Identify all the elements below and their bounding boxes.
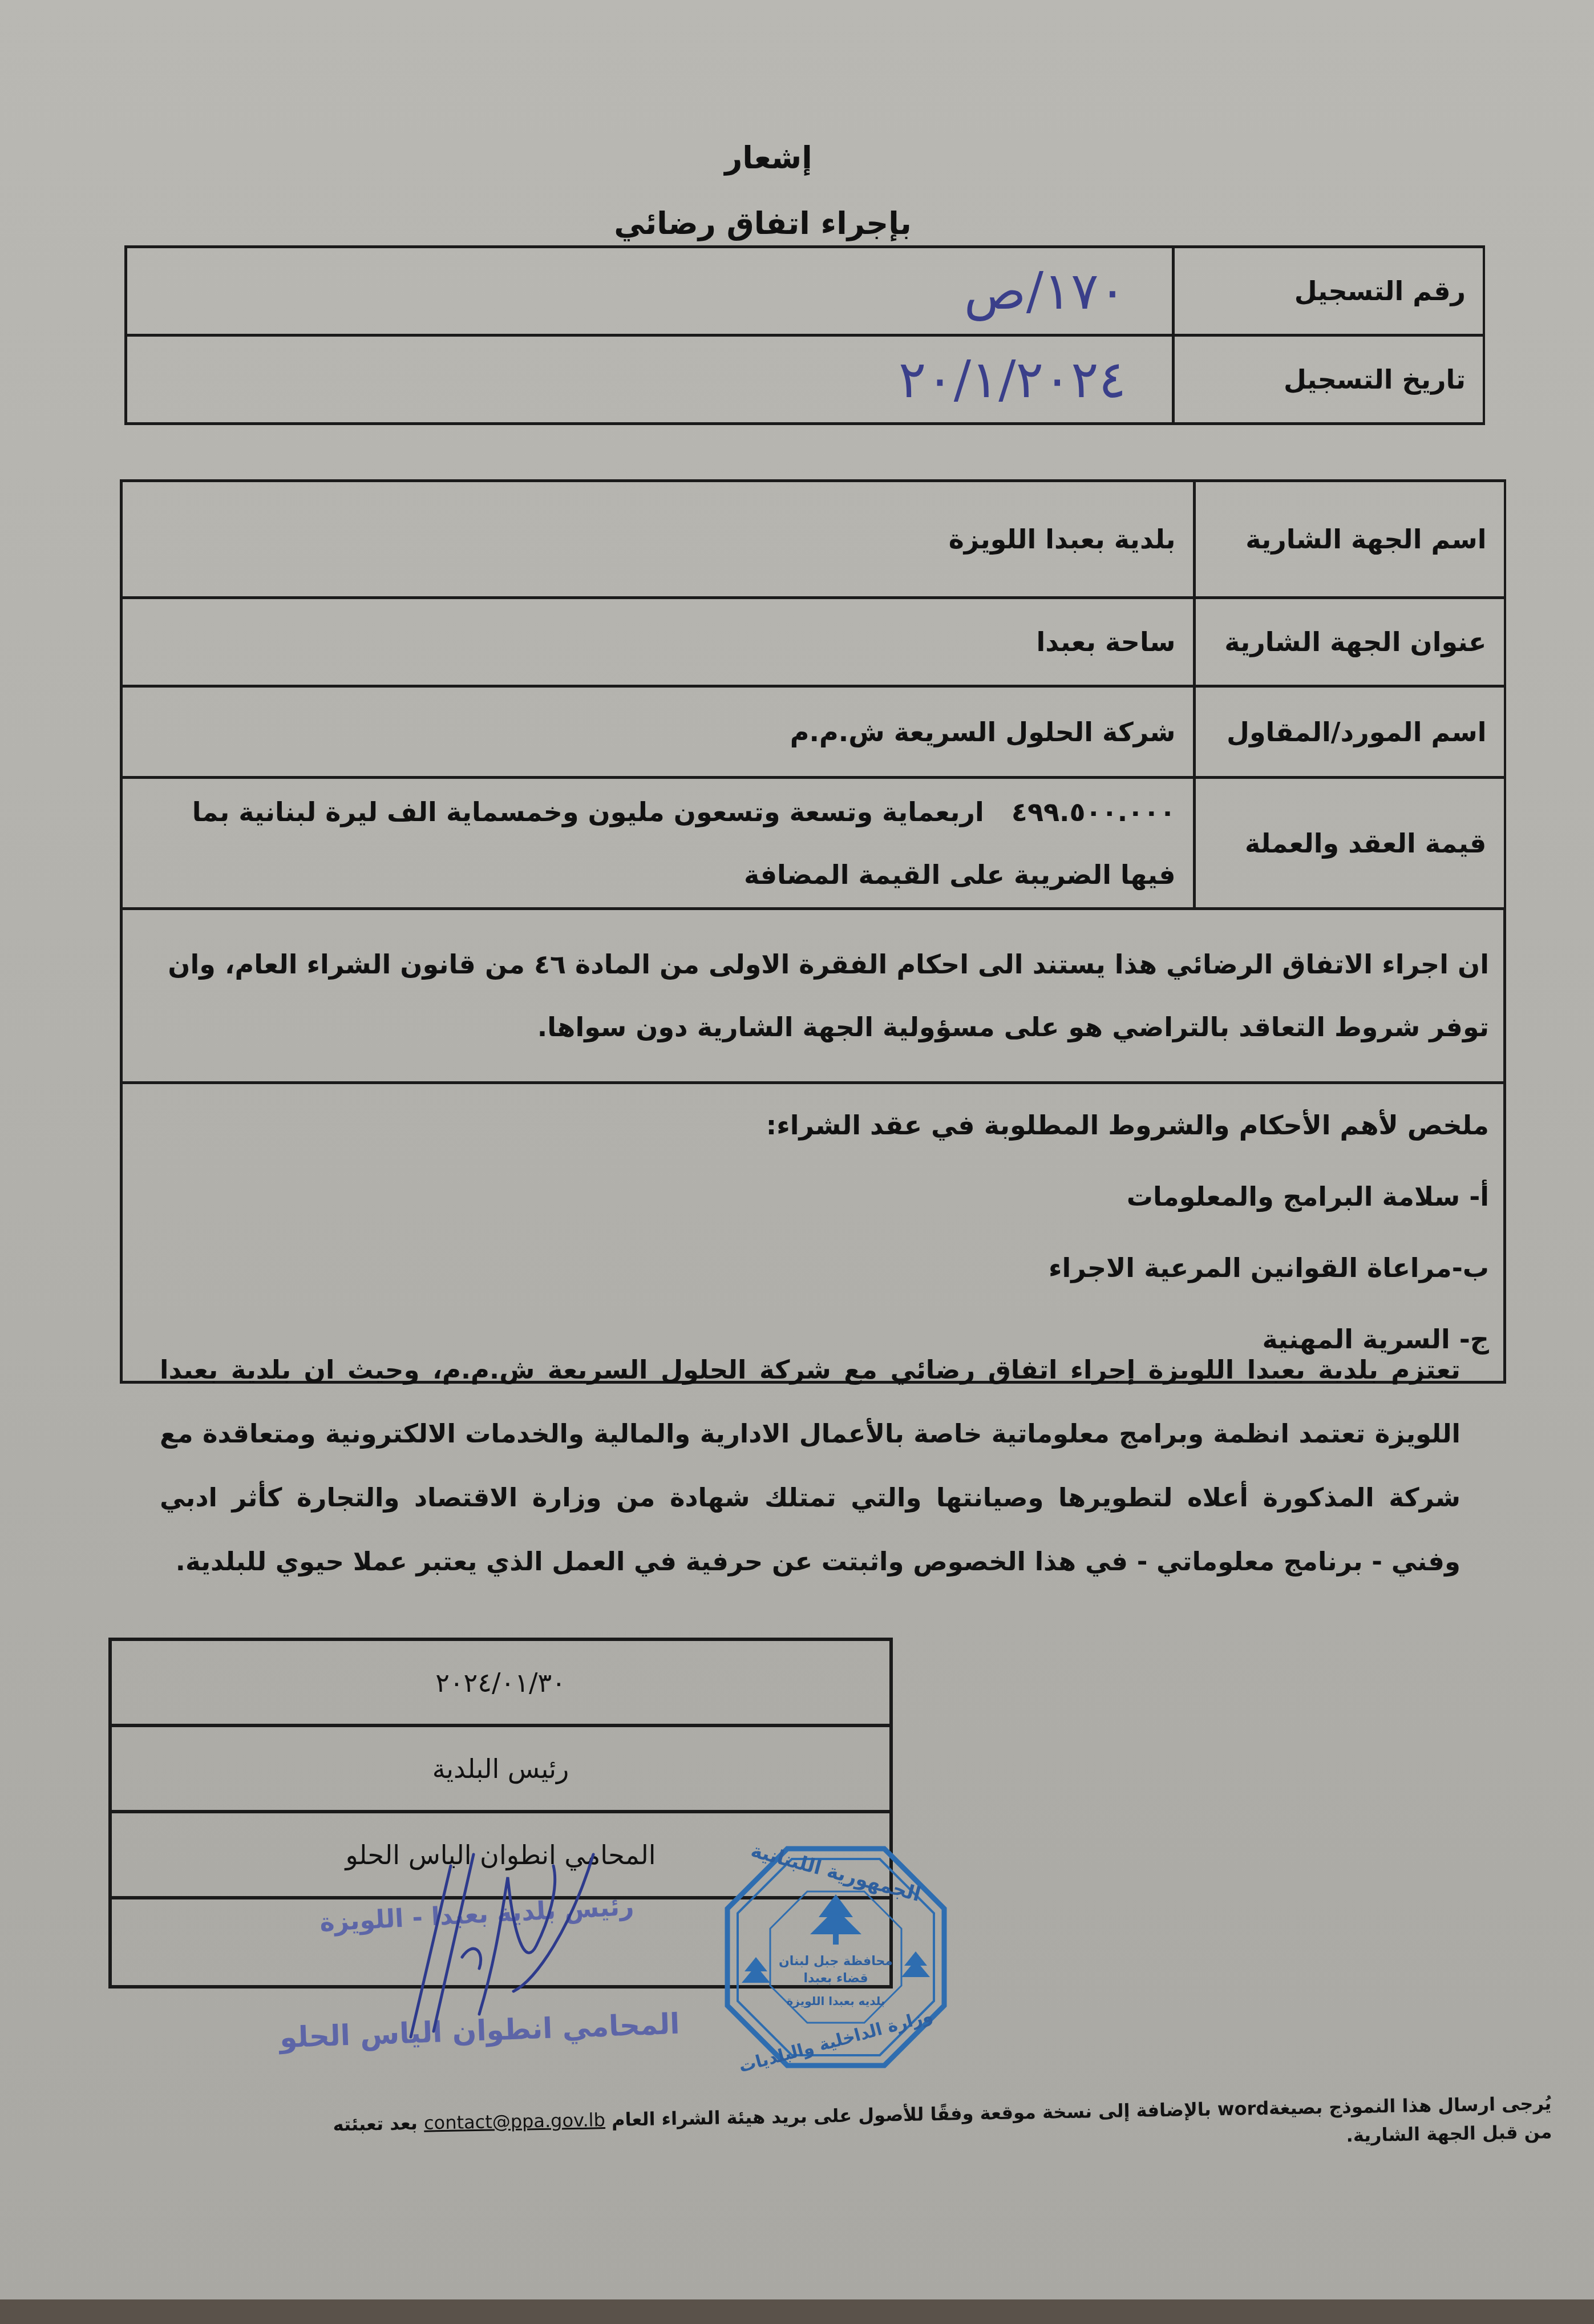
- registration-number-value: ١٧٠/ص: [126, 247, 1174, 336]
- contract-details-table: اسم الجهة الشارية بلدية بعبدا اللويزة عن…: [120, 479, 1506, 1384]
- contract-value-row: قيمة العقد والعملة ٤٩٩.٥٠٠.٠٠٠ اربعماية …: [122, 778, 1505, 909]
- document-title: إشعار: [0, 140, 1565, 176]
- signature-date: ٢٠٢٤/٠١/٣٠: [110, 1639, 891, 1725]
- term-item: أ- سلامة البرامج والمعلومات: [137, 1161, 1489, 1232]
- supplier-label: اسم المورد/المقاول: [1194, 686, 1505, 778]
- buyer-address-row: عنوان الجهة الشارية ساحة بعبدا: [122, 598, 1505, 686]
- handwritten-signature: [365, 1843, 605, 2048]
- footer-note-part1: يُرجى ارسال هذا النموذج بصيغة: [1269, 2092, 1552, 2119]
- supplier-row: اسم المورد/المقاول شركة الحلول السريعة ش…: [122, 686, 1505, 778]
- supplier-value: شركة الحلول السريعة ش.م.م: [122, 686, 1195, 778]
- seal-inner-line3: بلديه بعبدا اللويزة: [716, 1994, 956, 2008]
- seal-inner-line1: محافظة جبل لبنان: [716, 1954, 956, 1969]
- legal-basis-row: ان اجراء الاتفاق الرضائي هذا يستند الى ا…: [122, 909, 1505, 1083]
- cedar-icon: [810, 1894, 861, 1945]
- official-seal: الجمهورية اللبنانية محافظة جبل لبنان قضا…: [716, 1837, 956, 2077]
- contract-amount: ٤٩٩.٥٠٠.٠٠٠: [1012, 797, 1176, 827]
- footer-note-format: word: [1217, 2097, 1269, 2120]
- seal-inner-line2: قضاء بعبدا: [716, 1971, 956, 1986]
- desk-edge: [0, 2299, 1594, 2324]
- buyer-address-label: عنوان الجهة الشارية: [1194, 598, 1505, 686]
- buyer-address-value: ساحة بعبدا: [122, 598, 1195, 686]
- contract-value-cell: ٤٩٩.٥٠٠.٠٠٠ اربعماية وتسعة وتسعون مليون …: [122, 778, 1195, 909]
- signatory-title: رئيس البلدية: [110, 1725, 891, 1812]
- registration-date-label: تاريخ التسجيل: [1174, 336, 1484, 424]
- registration-number-row: رقم التسجيل ١٧٠/ص: [126, 247, 1484, 336]
- registration-date-row: تاريخ التسجيل ٢٠/١/٢٠٢٤: [126, 336, 1484, 424]
- contact-email-link[interactable]: contact@ppa.gov.lb: [424, 2109, 605, 2134]
- terms-cell: ملخص لأهم الأحكام والشروط المطلوبة في عق…: [122, 1083, 1505, 1383]
- terms-heading: ملخص لأهم الأحكام والشروط المطلوبة في عق…: [137, 1090, 1489, 1161]
- justification-paragraph: تعتزم بلدية بعبدا اللويزة إجراء اتفاق رض…: [160, 1338, 1461, 1594]
- document-subtitle: بإجراء اتفاق رضائي: [0, 205, 1560, 241]
- buyer-name-label: اسم الجهة الشارية: [1194, 481, 1505, 598]
- contract-value-label: قيمة العقد والعملة: [1194, 778, 1505, 909]
- registration-table: رقم التسجيل ١٧٠/ص تاريخ التسجيل ٢٠/١/٢٠٢…: [124, 245, 1485, 425]
- term-item: ب-مراعاة القوانين المرعية الاجراء: [137, 1232, 1489, 1304]
- legal-basis-text: ان اجراء الاتفاق الرضائي هذا يستند الى ا…: [122, 909, 1505, 1083]
- registration-number-label: رقم التسجيل: [1174, 247, 1484, 336]
- registration-date-value: ٢٠/١/٢٠٢٤: [126, 336, 1174, 424]
- buyer-name-value: بلدية بعبدا اللويزة: [122, 481, 1195, 598]
- buyer-name-row: اسم الجهة الشارية بلدية بعبدا اللويزة: [122, 481, 1505, 598]
- terms-row: ملخص لأهم الأحكام والشروط المطلوبة في عق…: [122, 1083, 1505, 1383]
